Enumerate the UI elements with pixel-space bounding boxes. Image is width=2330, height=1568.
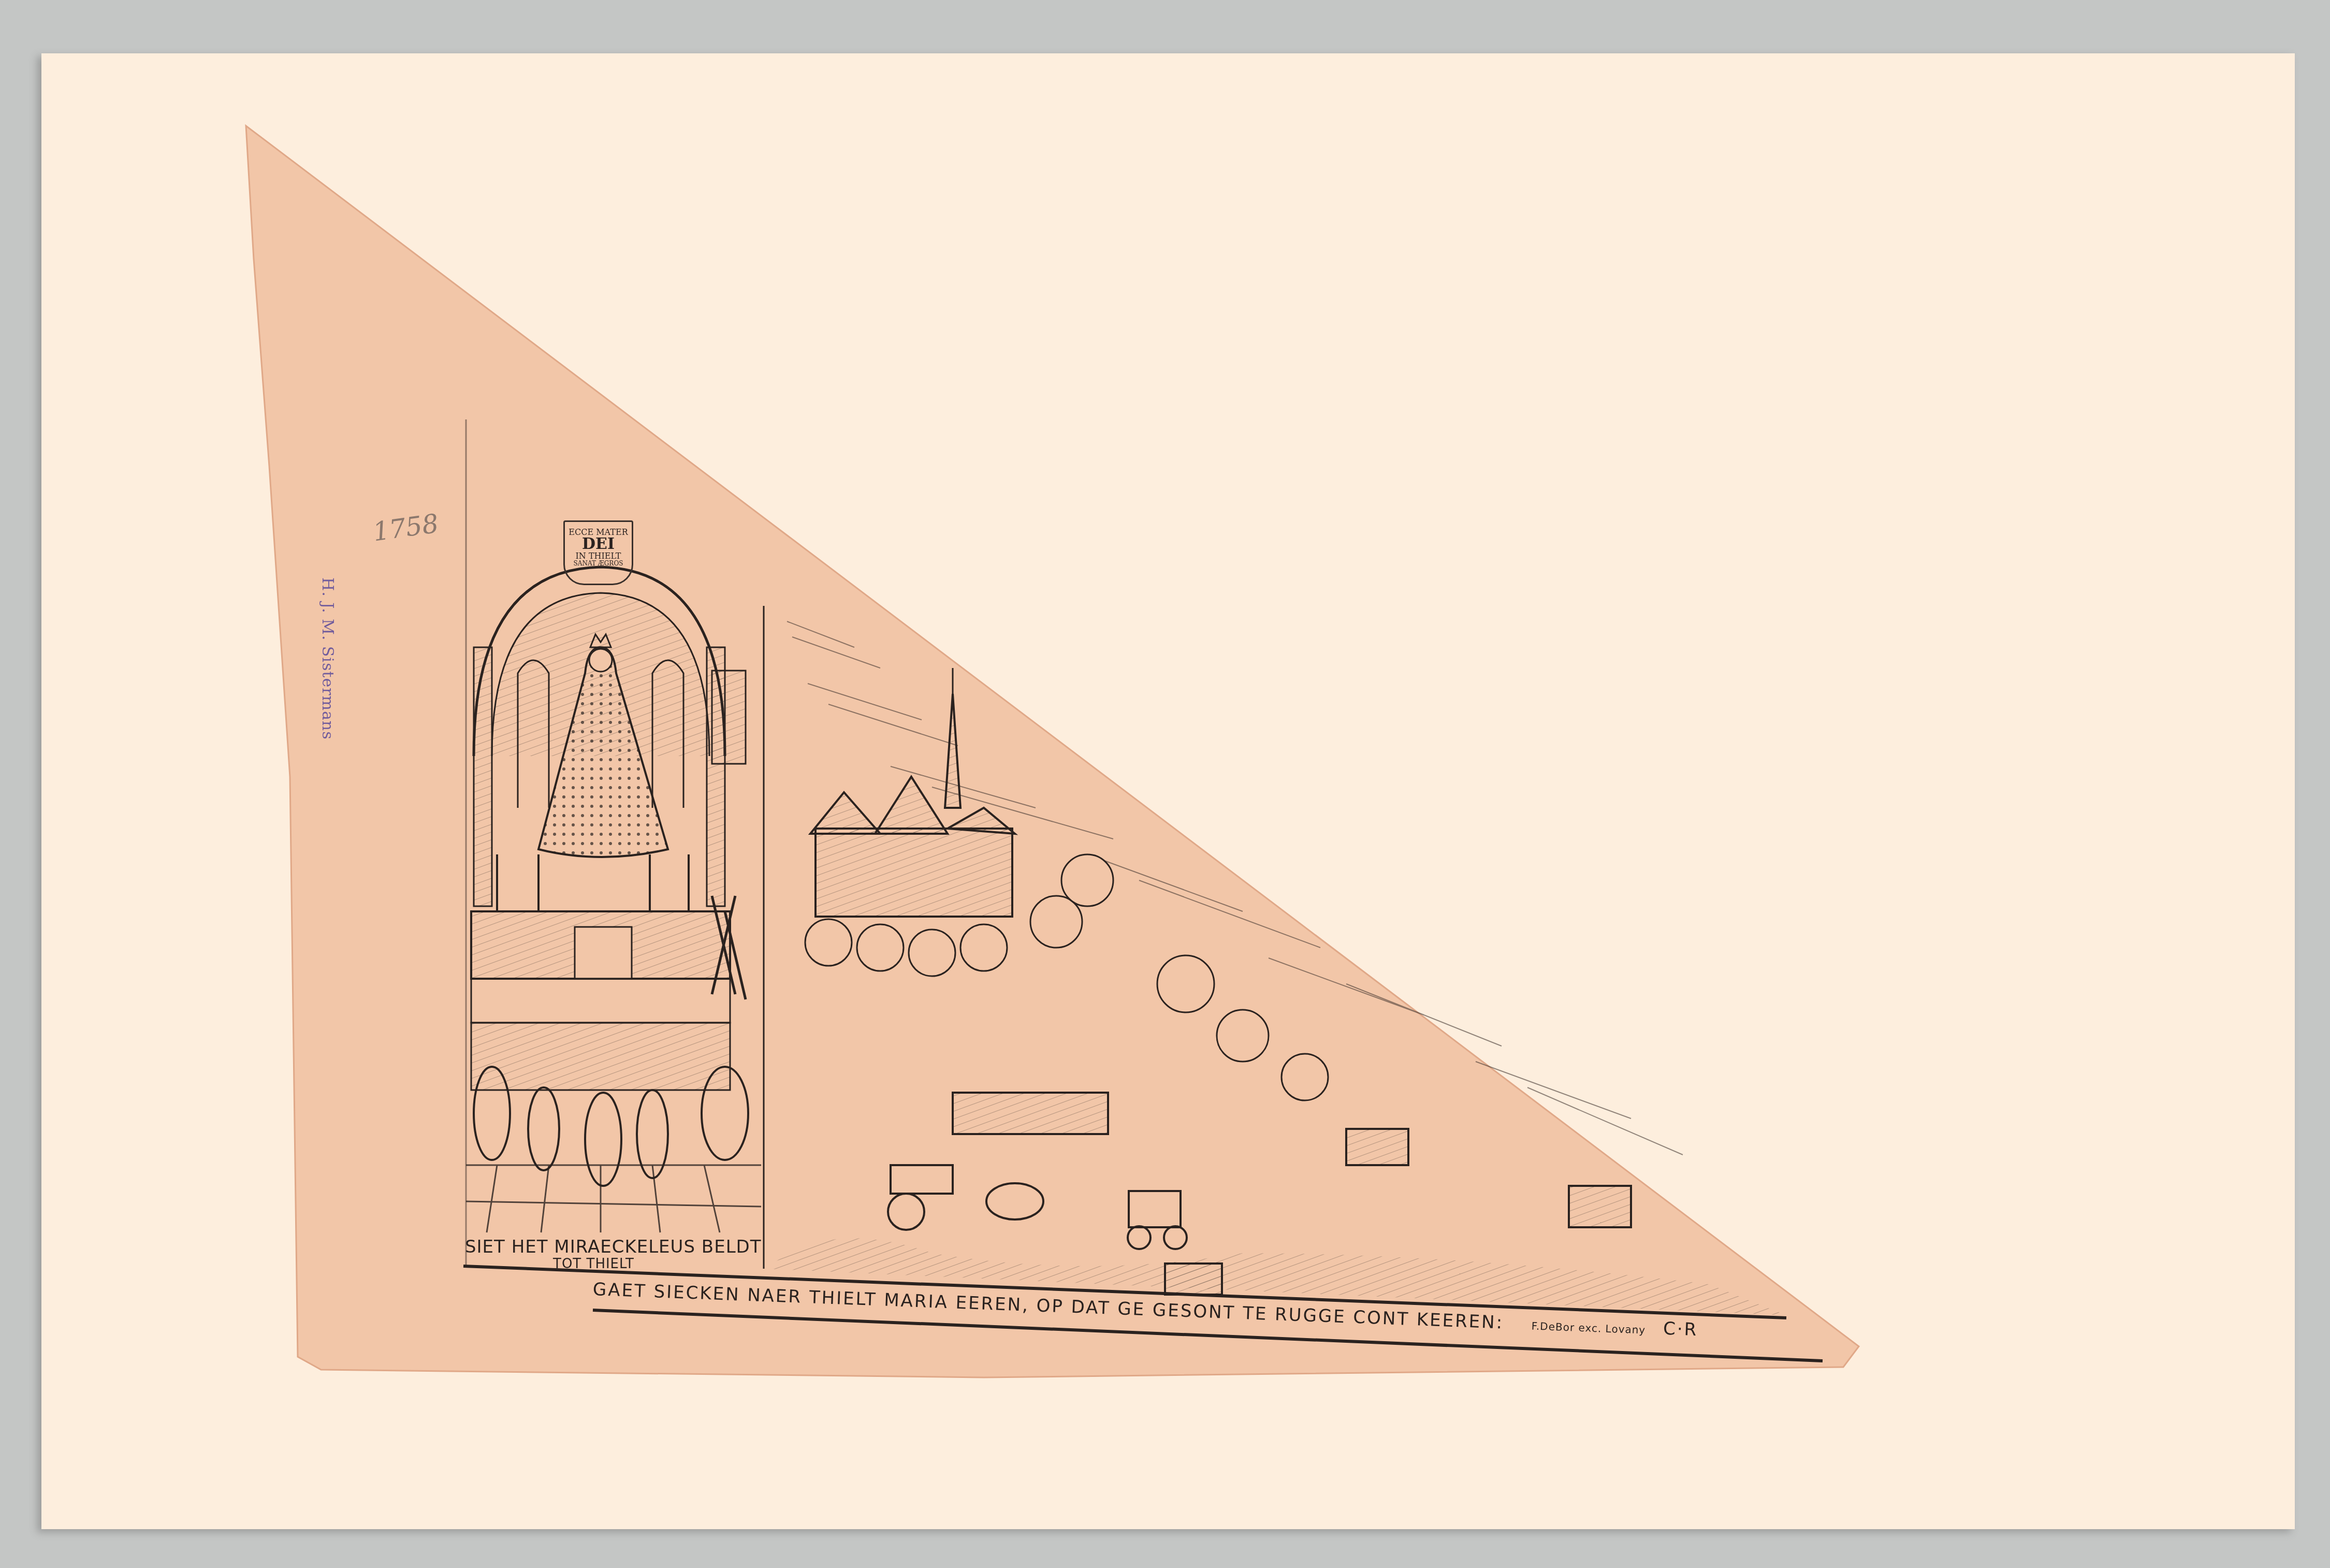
altar-caption-line-2: TOT THIELT bbox=[465, 1257, 762, 1272]
engraver-initials: C·R bbox=[1663, 1318, 1698, 1340]
cartouche-inscription: ECCE MATER DEI IN THIELT SANAT ÆGROS bbox=[563, 520, 633, 585]
collector-stamp: H. J. M. Sistermans bbox=[318, 577, 337, 740]
cartouche-line-4: SANAT ÆGROS bbox=[565, 560, 632, 567]
print-artwork bbox=[0, 0, 2330, 1568]
cartouche-line-3: IN THIELT bbox=[565, 552, 632, 560]
altar-caption-line-1: SIET HET MIRAECKELEUS BELDT bbox=[465, 1237, 762, 1257]
publisher-signature: F.DeBor exc. Lovany bbox=[1531, 1319, 1645, 1336]
cartouche-line-2: DEI bbox=[565, 536, 632, 552]
altar-caption: SIET HET MIRAECKELEUS BELDT TOT THIELT bbox=[465, 1238, 762, 1272]
